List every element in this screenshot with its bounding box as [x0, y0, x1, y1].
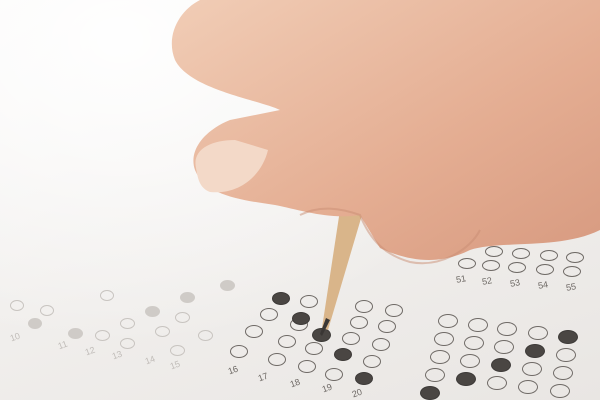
photo-scene: 10 11 12 13 14 15 16 17 18 19 20	[0, 0, 600, 400]
hand	[0, 0, 600, 400]
